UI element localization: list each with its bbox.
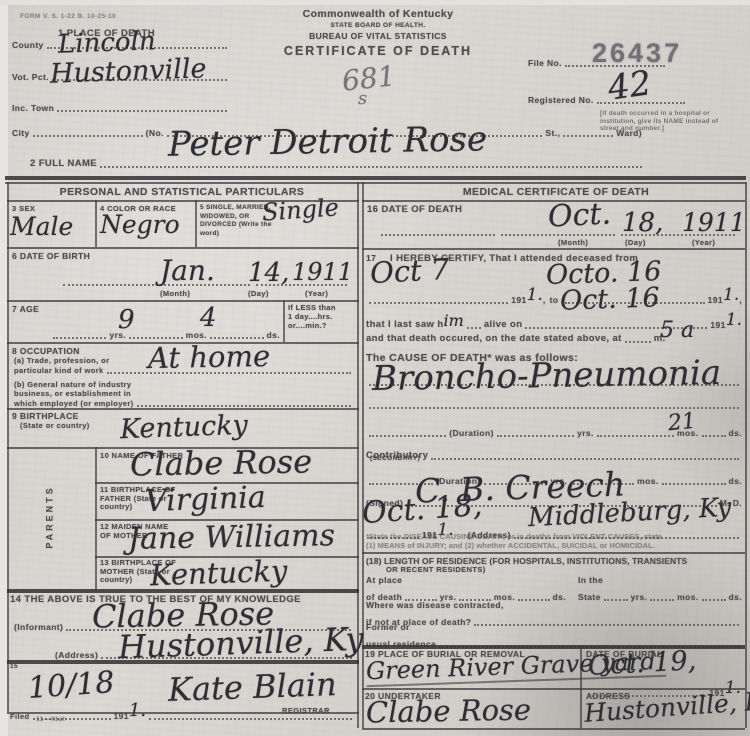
divider xyxy=(195,200,197,247)
duration-ds-label-2: ds. xyxy=(729,476,742,486)
form-code-top: FORM V. S. 1-22 B. 10-25-10 xyxy=(20,13,116,20)
dotted-line xyxy=(33,133,143,137)
footnote-line2: (1) MEANS of INJURY; and (2) whether ACC… xyxy=(366,541,655,550)
divider xyxy=(7,589,359,593)
last-saw-year-digit: 1. xyxy=(726,310,742,330)
footnote-line1: *State the DISEASE CAUSING DEATH, or in … xyxy=(366,532,662,541)
death-time-pre: and that death occured, on the date stat… xyxy=(366,333,622,344)
age-less-than-note: If LESS than1 day....hrs.or....min.? xyxy=(288,303,356,330)
occupation-a-label: (a) Trade, profession, or xyxy=(14,356,109,365)
divider xyxy=(283,300,285,342)
dob-year-handwriting: 1911 xyxy=(292,258,353,286)
death-month-handwriting: Oct. xyxy=(547,196,612,234)
in-state-label2: State xyxy=(578,592,601,602)
age-label: 7 AGE xyxy=(12,304,39,314)
age-months-handwriting: 9 xyxy=(118,305,135,335)
dotted-line xyxy=(57,108,227,112)
last-saw-year-prefix: 191 xyxy=(710,320,725,330)
dotted-line xyxy=(129,335,182,339)
divider xyxy=(362,688,745,690)
birthplace-value-handwriting: Kentucky xyxy=(119,410,248,445)
duration-yrs-label: yrs. xyxy=(577,428,594,438)
filed-num: 15 xyxy=(10,663,18,670)
comma: , xyxy=(739,295,742,305)
board-heading: STATE BOARD OF HEALTH. xyxy=(330,22,425,29)
dotted-line xyxy=(53,335,106,339)
secondary-label: (SECONDARY) xyxy=(370,455,420,462)
city-st-label: St., xyxy=(545,128,560,138)
dob-month-handwriting: Jan. xyxy=(160,254,215,287)
in-state-line: State yrs. mos. ds. xyxy=(578,592,742,602)
contributory-line: Contributory xyxy=(366,450,742,461)
city-label: City xyxy=(12,128,30,138)
attended-from-handwriting: Oct 7 xyxy=(369,252,450,290)
contracted-line: if not at place of death? xyxy=(366,617,742,627)
occupation-b-label2: business, or establishment in xyxy=(14,389,131,398)
medical-section-title: MEDICAL CERTIFICATE OF DEATH xyxy=(463,186,649,198)
dotted-line xyxy=(662,481,726,485)
at-place-label1: At place xyxy=(366,575,402,585)
death-time-handwriting: 5 a xyxy=(660,318,694,343)
inc-town-line: Inc. Town xyxy=(12,103,230,113)
cause-duration-handwriting: 21 xyxy=(667,409,697,437)
death-year-handwriting: 1911 xyxy=(682,208,746,237)
divider xyxy=(7,712,359,714)
certify-from-year-prefix: 191 xyxy=(511,295,526,305)
death-day-caption: (Day) xyxy=(625,238,646,247)
full-name-value-handwriting: Peter Detroit Rose xyxy=(168,119,488,165)
dotted-line xyxy=(474,622,739,626)
certificate-title: CERTIFICATE OF DEATH xyxy=(284,44,472,58)
divider xyxy=(7,408,359,410)
hospital-note: [If death occurred in a hospital or inst… xyxy=(600,110,738,133)
state-mos: mos. xyxy=(677,592,698,602)
precinct-label: Vot. Pct. xyxy=(12,72,49,82)
dotted-line xyxy=(369,405,739,409)
dob-month-caption: (Month) xyxy=(160,289,190,298)
divider xyxy=(362,728,745,730)
last-saw-date-handwriting: Oct. 16 xyxy=(559,282,660,316)
filed-date-handwriting: 10/18 xyxy=(27,665,116,706)
registered-no-label: Registered No. xyxy=(528,95,594,105)
last-saw-mid: alive on xyxy=(484,319,523,330)
dotted-line xyxy=(137,403,351,407)
undertaker-handwriting: Clabe Rose xyxy=(366,693,532,730)
divider xyxy=(362,552,745,554)
duration-mos-label-2: mos. xyxy=(637,476,658,486)
registered-no-value-handwriting: 42 xyxy=(605,63,653,109)
sex-value-handwriting: Male xyxy=(10,212,73,241)
dotted-line xyxy=(431,456,739,460)
divider xyxy=(7,247,359,249)
bureau-heading: BUREAU OF VITAL STATISTICS xyxy=(309,31,447,41)
dotted-line xyxy=(518,597,549,601)
dotted-line xyxy=(467,325,481,329)
occupation-label: 8 OCCUPATION xyxy=(12,346,80,356)
dotted-line xyxy=(369,300,508,304)
divider xyxy=(7,300,359,302)
occupation-b-label: (b) General nature of industry xyxy=(14,380,131,389)
dotted-line xyxy=(369,433,446,437)
birthplace-label: 9 BIRTHPLACE xyxy=(12,411,79,421)
certify-from-year-digit: 1. xyxy=(527,285,543,305)
personal-section-title: PERSONAL AND STATISTICAL PARTICULARS xyxy=(60,186,305,198)
full-name-label: 2 FULL NAME xyxy=(30,158,97,169)
dotted-line xyxy=(650,597,674,601)
dotted-line xyxy=(597,433,674,437)
certify-to-year-prefix: 191 xyxy=(708,295,723,305)
informant-address-label: (Address) xyxy=(55,650,98,660)
death-year-caption: (Year) xyxy=(692,238,715,247)
filed-year-digit-handwriting: 1. xyxy=(129,700,146,721)
divider xyxy=(362,248,745,250)
occupation-a-value-handwriting: At home xyxy=(148,339,271,375)
parents-vertical-label: PARENTS xyxy=(45,485,55,548)
comma: , xyxy=(543,295,546,305)
dob-year-caption: (Year) xyxy=(305,289,328,298)
duration-ds-label: ds. xyxy=(729,428,742,438)
occupation-a-label2: particular kind of work xyxy=(14,366,104,375)
inc-town-label: Inc. Town xyxy=(12,103,54,113)
mother-birthplace-handwriting: Kentucky xyxy=(149,554,287,593)
dob-day-caption: (Day) xyxy=(248,289,269,298)
dotted-line xyxy=(100,164,642,168)
occupation-b-label3: which employed (or employer) xyxy=(14,399,134,408)
dotted-line xyxy=(149,716,352,720)
dotted-line xyxy=(563,133,613,137)
burial-date-handwriting: Oct. 19, xyxy=(587,645,697,682)
date-of-birth-label: 6 DATE OF BIRTH xyxy=(12,251,90,261)
registered-no-line: Registered No. xyxy=(528,95,688,105)
scan-edge-top xyxy=(0,0,750,5)
registrar-signature-handwriting: Kate Blain xyxy=(167,665,337,709)
certify-to-year-digit: 1. xyxy=(723,285,739,305)
divider xyxy=(7,660,359,664)
date-of-death-label: 16 DATE OF DEATH xyxy=(367,204,462,215)
in-state-label1: In the xyxy=(578,575,603,585)
marital-value-handwriting: Single xyxy=(261,193,340,226)
file-no-label: File No. xyxy=(528,58,562,68)
state-ds: ds. xyxy=(729,592,742,602)
father-name-handwriting: Clabe Rose xyxy=(130,442,313,483)
death-month-caption: (Month) xyxy=(558,238,588,247)
divider xyxy=(95,200,97,247)
county-label: County xyxy=(12,40,44,50)
last-saw-him-handwriting: im xyxy=(444,311,464,330)
divider xyxy=(5,182,746,184)
mother-name-handwriting: Jane Williams xyxy=(128,518,336,557)
former-label1: Former or xyxy=(366,622,410,632)
residence-heading2: OR RECENT RESIDENTS) xyxy=(386,565,486,574)
divider xyxy=(745,182,747,728)
informant-label: (Informant) xyxy=(14,622,63,632)
res-ds: ds. xyxy=(553,592,566,602)
father-birthplace-handwriting: Virginia xyxy=(144,480,266,519)
dotted-line xyxy=(381,232,495,236)
dotted-line xyxy=(497,433,574,437)
age-days-handwriting: 4 xyxy=(200,303,217,333)
dotted-line xyxy=(63,282,154,286)
dotted-line xyxy=(702,597,726,601)
form-code-bottom: 11—41at xyxy=(36,716,65,723)
dotted-line xyxy=(604,597,628,601)
duration-label: (Duration) xyxy=(449,428,494,438)
last-saw-pre: that I last saw h xyxy=(366,319,444,330)
occupation-b-line: which employed (or employer) xyxy=(14,399,354,408)
contracted-label1: Where was disease contracted, xyxy=(366,600,504,610)
dob-day-handwriting: 14, xyxy=(248,258,289,288)
race-value-handwriting: Negro xyxy=(100,210,180,239)
death-day-handwriting: 18, xyxy=(622,208,663,238)
precinct-value-handwriting: Hustonville xyxy=(50,53,207,89)
birthplace-sub: (State or country) xyxy=(20,421,90,430)
certify-to-label: to xyxy=(550,295,559,305)
pencil-number: 681 xyxy=(340,59,397,97)
dotted-line xyxy=(565,63,665,67)
pencil-mark: s xyxy=(358,88,367,109)
dotted-line xyxy=(625,339,651,343)
divider xyxy=(5,176,746,180)
commonwealth-heading: Commonwealth of Kentucky xyxy=(303,8,454,20)
cause-of-death-handwriting: Broncho-Pneumonia xyxy=(372,353,722,399)
death-certificate-scan: FORM V. S. 1-22 B. 10-25-10 1 PLACE OF D… xyxy=(0,0,750,736)
state-yrs: yrs. xyxy=(631,592,648,602)
dotted-line xyxy=(702,433,726,437)
city-no-label: (No. xyxy=(146,128,164,138)
